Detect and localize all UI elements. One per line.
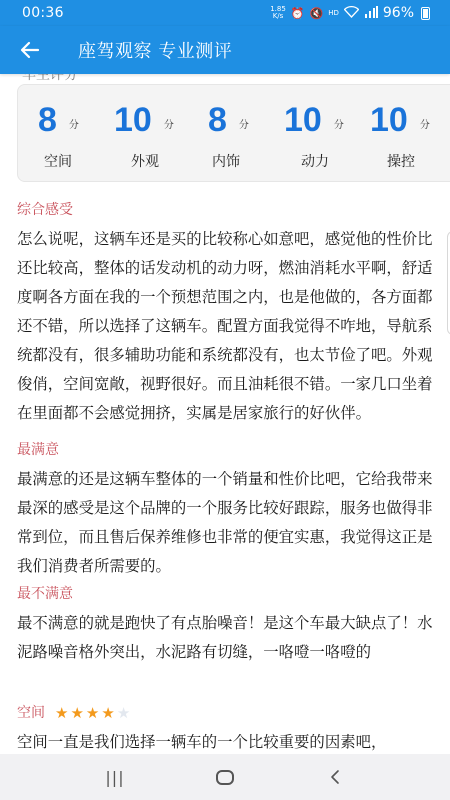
section-overall: 综合感受 怎么说呢，这辆车还是买的比较称心如意吧，感觉他的性价比还比较高，整体的… [17,200,437,428]
section-most-satisfied: 最满意 最满意的还是这辆车整体的一个销量和性价比吧，它给我带来最深的感受是这个品… [17,440,437,581]
system-back-button[interactable] [305,754,365,800]
score-unit: 分 [164,116,174,131]
star-filled-icon: ★ [101,706,114,721]
arrow-left-icon [20,40,40,60]
review-content[interactable]: 车主评分 8分 空间 10分 外观 8分 内饰 10分 动力 10分 操控 [0,74,450,756]
score-label: 操控 [387,151,415,171]
app-bar: 座驾观察 专业测评 [0,26,450,74]
status-time: 00:36 [22,5,64,21]
section-least-satisfied: 最不满意 最不满意的就是跑快了有点胎噪音！是这个车最大缺点了！水泥路噪音格外突出… [17,584,437,667]
system-nav-bar: ||| [0,754,450,800]
scores-card: 8分 空间 10分 外观 8分 内饰 10分 动力 10分 操控 [17,84,450,182]
score-value: 10 [370,103,408,137]
score-label: 内饰 [212,151,240,171]
score-unit: 分 [69,116,79,131]
home-button[interactable] [195,754,255,800]
section-title: 空间 [17,703,45,723]
app-screen: 00:36 1.85 K/s ⏰ 🔇 HD 96% 座驾观察 专业测评 [0,0,450,800]
status-icons: 1.85 K/s ⏰ 🔇 HD 96% [270,5,430,21]
alarm-icon: ⏰ [291,7,305,20]
star-filled-icon: ★ [86,706,99,721]
score-label: 外观 [131,151,159,171]
mute-icon: 🔇 [310,7,324,20]
section-title: 综合感受 [17,200,437,220]
score-unit: 分 [420,116,430,131]
score-label: 空间 [44,151,72,171]
page-title: 座驾观察 专业测评 [78,37,232,63]
battery-percent: 96% [383,5,414,21]
wifi-icon [344,6,359,21]
section-title: 最不满意 [17,584,437,604]
score-unit: 分 [334,116,344,131]
section-title-row: 空间 ★ ★ ★ ★ ★ [17,703,437,723]
back-chevron-icon [329,769,341,785]
star-rating: ★ ★ ★ ★ ★ [55,706,130,721]
star-empty-icon: ★ [117,706,130,721]
section-title: 最满意 [17,440,437,460]
scores-heading: 车主评分 [22,74,78,84]
recent-apps-button[interactable]: ||| [85,754,145,800]
back-button[interactable] [0,26,64,74]
recent-apps-icon: ||| [105,768,124,787]
status-bar: 00:36 1.85 K/s ⏰ 🔇 HD 96% [0,0,450,26]
battery-icon [421,7,430,20]
section-text: 最不满意的就是跑快了有点胎噪音！是这个车最大缺点了！水泥路噪音格外突出，水泥路有… [17,609,437,667]
network-speed: 1.85 K/s [270,6,286,20]
score-value: 10 [284,103,322,137]
section-space: 空间 ★ ★ ★ ★ ★ 空间一直是我们选择一辆车的一个比较重要的因素吧， [17,703,437,756]
star-filled-icon: ★ [55,706,68,721]
star-filled-icon: ★ [70,706,83,721]
score-value: 10 [114,103,152,137]
score-unit: 分 [239,116,249,131]
section-text: 最满意的还是这辆车整体的一个销量和性价比吧，它给我带来最深的感受是这个品牌的一个… [17,465,437,581]
home-icon [216,770,234,785]
section-text: 怎么说呢，这辆车还是买的比较称心如意吧，感觉他的性价比还比较高，整体的话发动机的… [17,225,437,428]
network-speed-unit: K/s [273,12,284,20]
score-value: 8 [38,103,57,137]
score-label: 动力 [301,151,329,171]
section-text: 空间一直是我们选择一辆车的一个比较重要的因素吧， [17,728,437,756]
4g-signal-icon [364,6,378,21]
score-value: 8 [208,103,227,137]
hd-icon: HD [328,9,339,17]
